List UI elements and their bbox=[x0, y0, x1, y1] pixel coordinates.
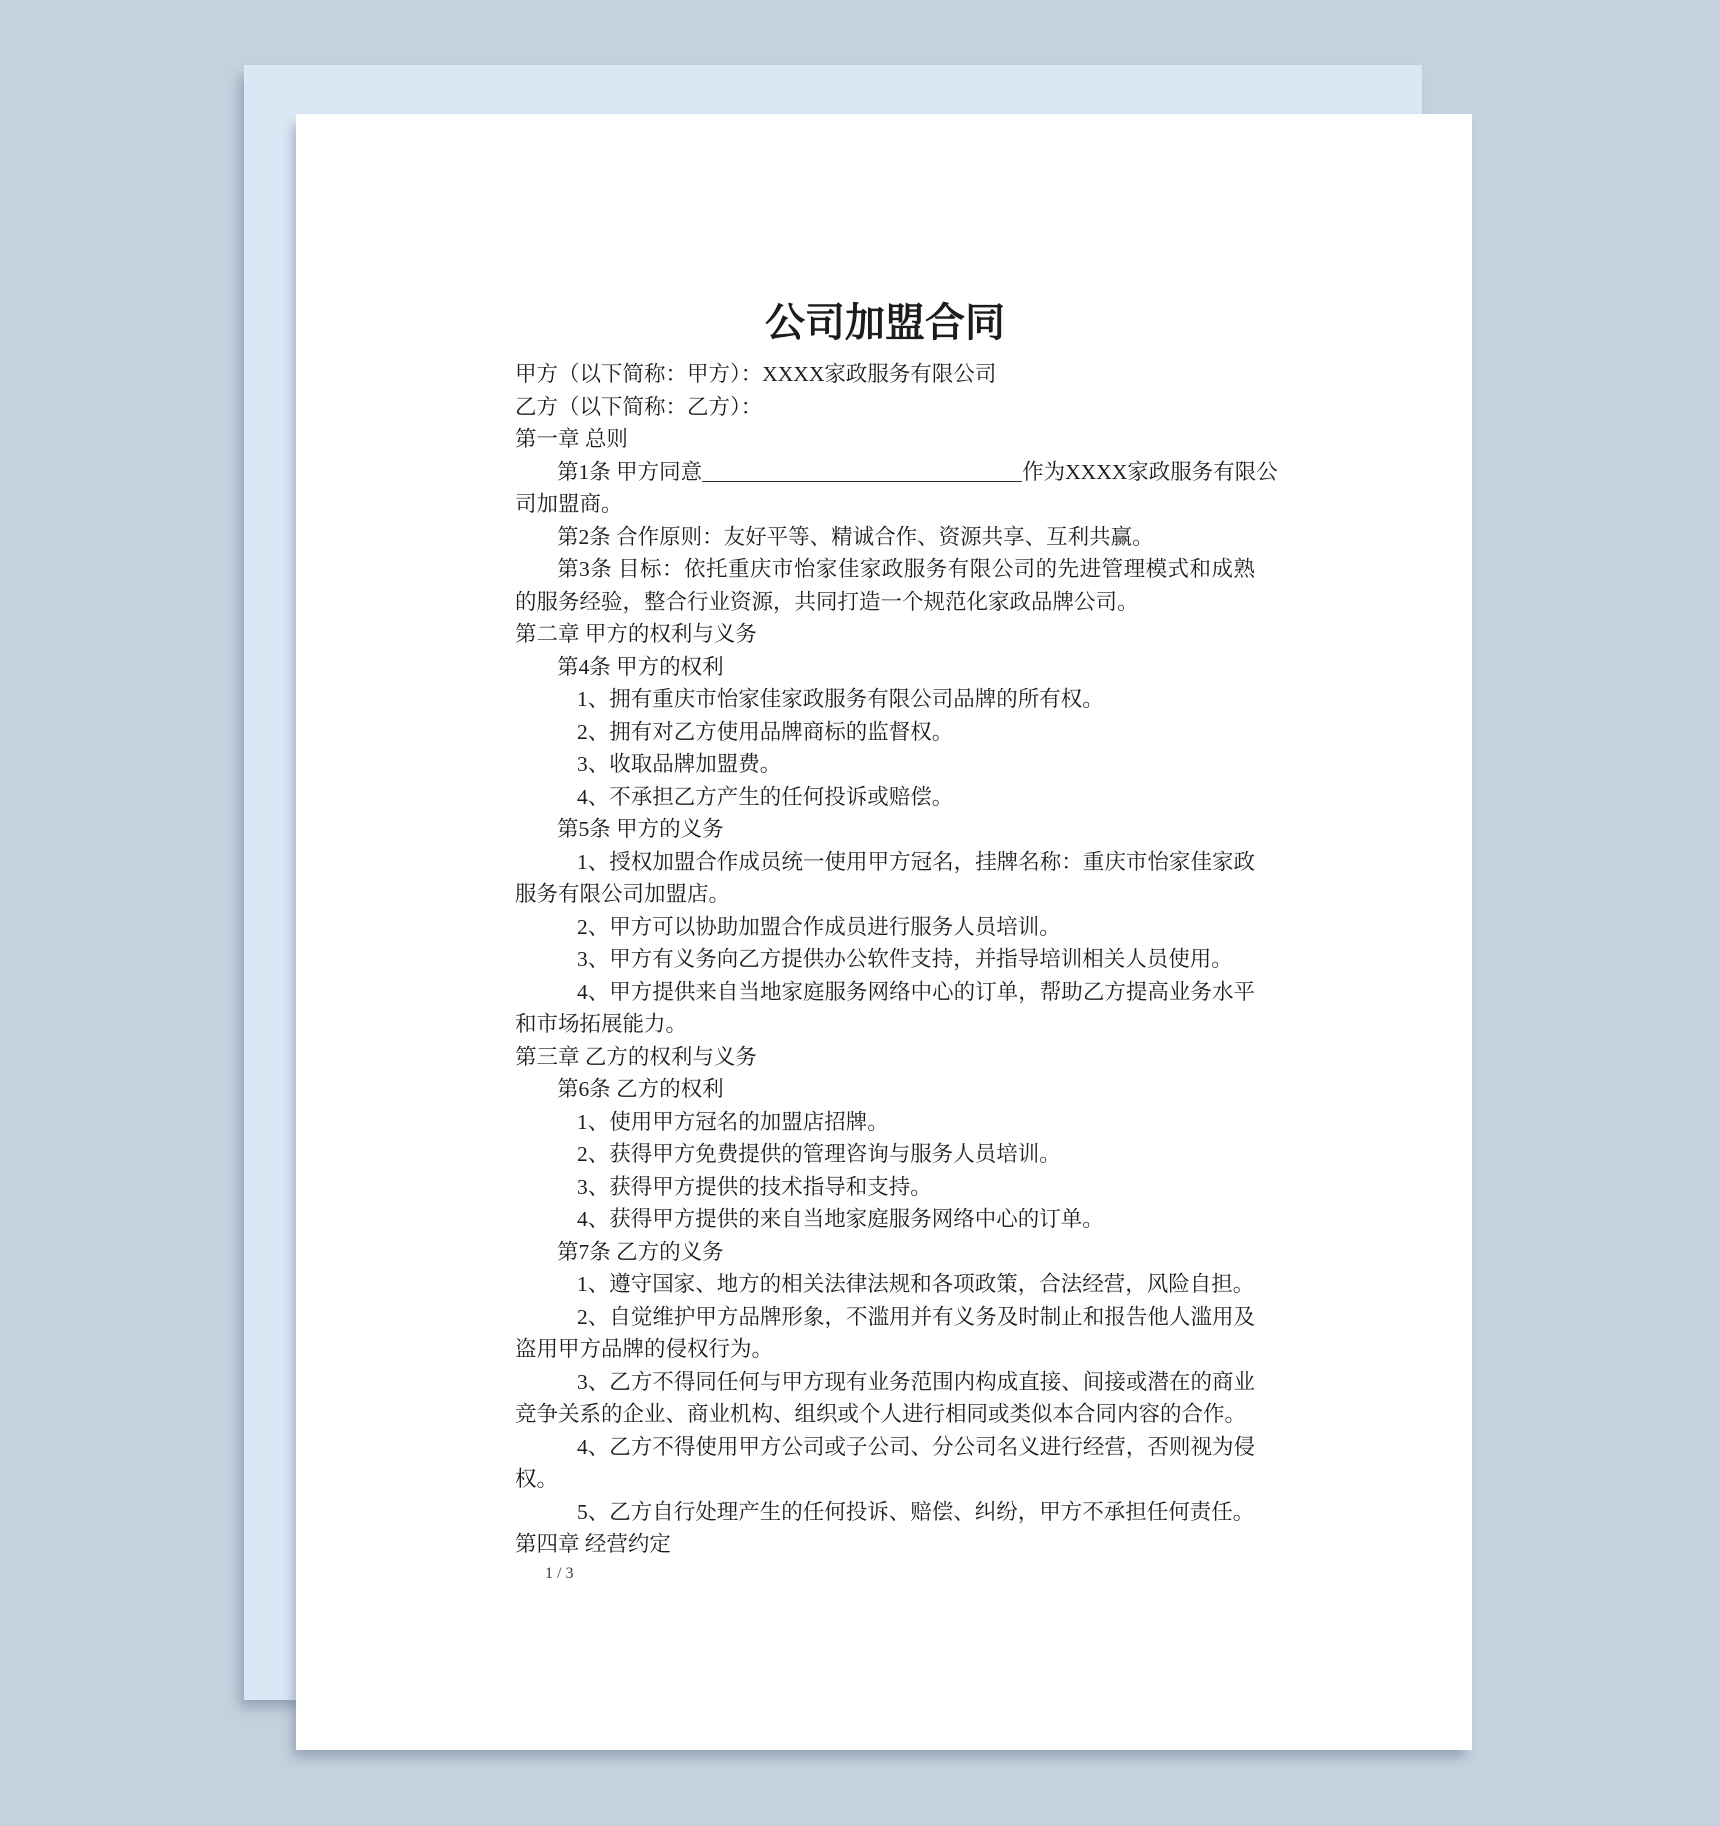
document-line: 3、收取品牌加盟费。 bbox=[515, 748, 1255, 781]
document-line: 服务有限公司加盟店。 bbox=[515, 878, 1255, 911]
document-line: 第2条 合作原则：友好平等、精诚合作、资源共享、互利共赢。 bbox=[515, 521, 1255, 554]
document-line: 第4条 甲方的权利 bbox=[515, 651, 1255, 684]
document-line: 第三章 乙方的权利与义务 bbox=[515, 1041, 1255, 1074]
document-line: 权。 bbox=[515, 1463, 1255, 1496]
document-page: 公司加盟合同 甲方（以下简称：甲方）：XXXX家政服务有限公司乙方（以下简称：乙… bbox=[296, 114, 1472, 1750]
document-line: 4、获得甲方提供的来自当地家庭服务网络中心的订单。 bbox=[515, 1203, 1255, 1236]
document-line: 盗用甲方品牌的侵权行为。 bbox=[515, 1333, 1255, 1366]
document-line: 乙方（以下简称：乙方）： bbox=[515, 391, 1255, 424]
document-line: 第二章 甲方的权利与义务 bbox=[515, 618, 1255, 651]
document-line: 1、遵守国家、地方的相关法律法规和各项政策，合法经营，风险自担。 bbox=[515, 1268, 1255, 1301]
document-line: 4、甲方提供来自当地家庭服务网络中心的订单，帮助乙方提高业务水平 bbox=[515, 976, 1255, 1009]
document-body: 甲方（以下简称：甲方）：XXXX家政服务有限公司乙方（以下简称：乙方）：第一章 … bbox=[515, 358, 1255, 1561]
page-number-indicator: 1 / 3 bbox=[545, 1563, 573, 1585]
document-line: 的服务经验，整合行业资源，共同打造一个规范化家政品牌公司。 bbox=[515, 586, 1255, 619]
document-line: 1、拥有重庆市怡家佳家政服务有限公司品牌的所有权。 bbox=[515, 683, 1255, 716]
document-line: 1、授权加盟合作成员统一使用甲方冠名，挂牌名称：重庆市怡家佳家政 bbox=[515, 846, 1255, 879]
document-line: 1、使用甲方冠名的加盟店招牌。 bbox=[515, 1106, 1255, 1139]
document-line: 5、乙方自行处理产生的任何投诉、赔偿、纠纷，甲方不承担任何责任。 bbox=[515, 1496, 1255, 1529]
line-text: 第1条 甲方同意 bbox=[557, 460, 702, 484]
document-line: 3、甲方有义务向乙方提供办公软件支持，并指导培训相关人员使用。 bbox=[515, 943, 1255, 976]
document-title: 公司加盟合同 bbox=[515, 299, 1255, 347]
document-line: 4、不承担乙方产生的任何投诉或赔偿。 bbox=[515, 781, 1255, 814]
line-text: 作为XXXX家政服务有限公 bbox=[1022, 460, 1278, 484]
document-line: 2、拥有对乙方使用品牌商标的监督权。 bbox=[515, 716, 1255, 749]
document-line: 3、乙方不得同任何与甲方现有业务范围内构成直接、间接或潜在的商业 bbox=[515, 1366, 1255, 1399]
document-line: 甲方（以下简称：甲方）：XXXX家政服务有限公司 bbox=[515, 358, 1255, 391]
document-line: 第一章 总则 bbox=[515, 423, 1255, 456]
document-line: 和市场拓展能力。 bbox=[515, 1008, 1255, 1041]
document-line: 3、获得甲方提供的技术指导和支持。 bbox=[515, 1171, 1255, 1204]
document-line: 第1条 甲方同意作为XXXX家政服务有限公 bbox=[515, 456, 1255, 489]
document-line: 4、乙方不得使用甲方公司或子公司、分公司名义进行经营，否则视为侵 bbox=[515, 1431, 1255, 1464]
document-line: 2、获得甲方免费提供的管理咨询与服务人员培训。 bbox=[515, 1138, 1255, 1171]
document-line: 2、甲方可以协助加盟合作成员进行服务人员培训。 bbox=[515, 911, 1255, 944]
document-line: 第3条 目标：依托重庆市怡家佳家政服务有限公司的先进管理模式和成熟 bbox=[515, 553, 1255, 586]
document-line: 第5条 甲方的义务 bbox=[515, 813, 1255, 846]
document-line: 第四章 经营约定 bbox=[515, 1528, 1255, 1561]
document-line: 第6条 乙方的权利 bbox=[515, 1073, 1255, 1106]
canvas-background: 公司加盟合同 甲方（以下简称：甲方）：XXXX家政服务有限公司乙方（以下简称：乙… bbox=[0, 0, 1720, 1826]
document-line: 竞争关系的企业、商业机构、组织或个人进行相同或类似本合同内容的合作。 bbox=[515, 1398, 1255, 1431]
document-line: 第7条 乙方的义务 bbox=[515, 1236, 1255, 1269]
document-line: 2、自觉维护甲方品牌形象，不滥用并有义务及时制止和报告他人滥用及 bbox=[515, 1301, 1255, 1334]
blank-underline bbox=[702, 459, 1022, 482]
document-line: 司加盟商。 bbox=[515, 488, 1255, 521]
